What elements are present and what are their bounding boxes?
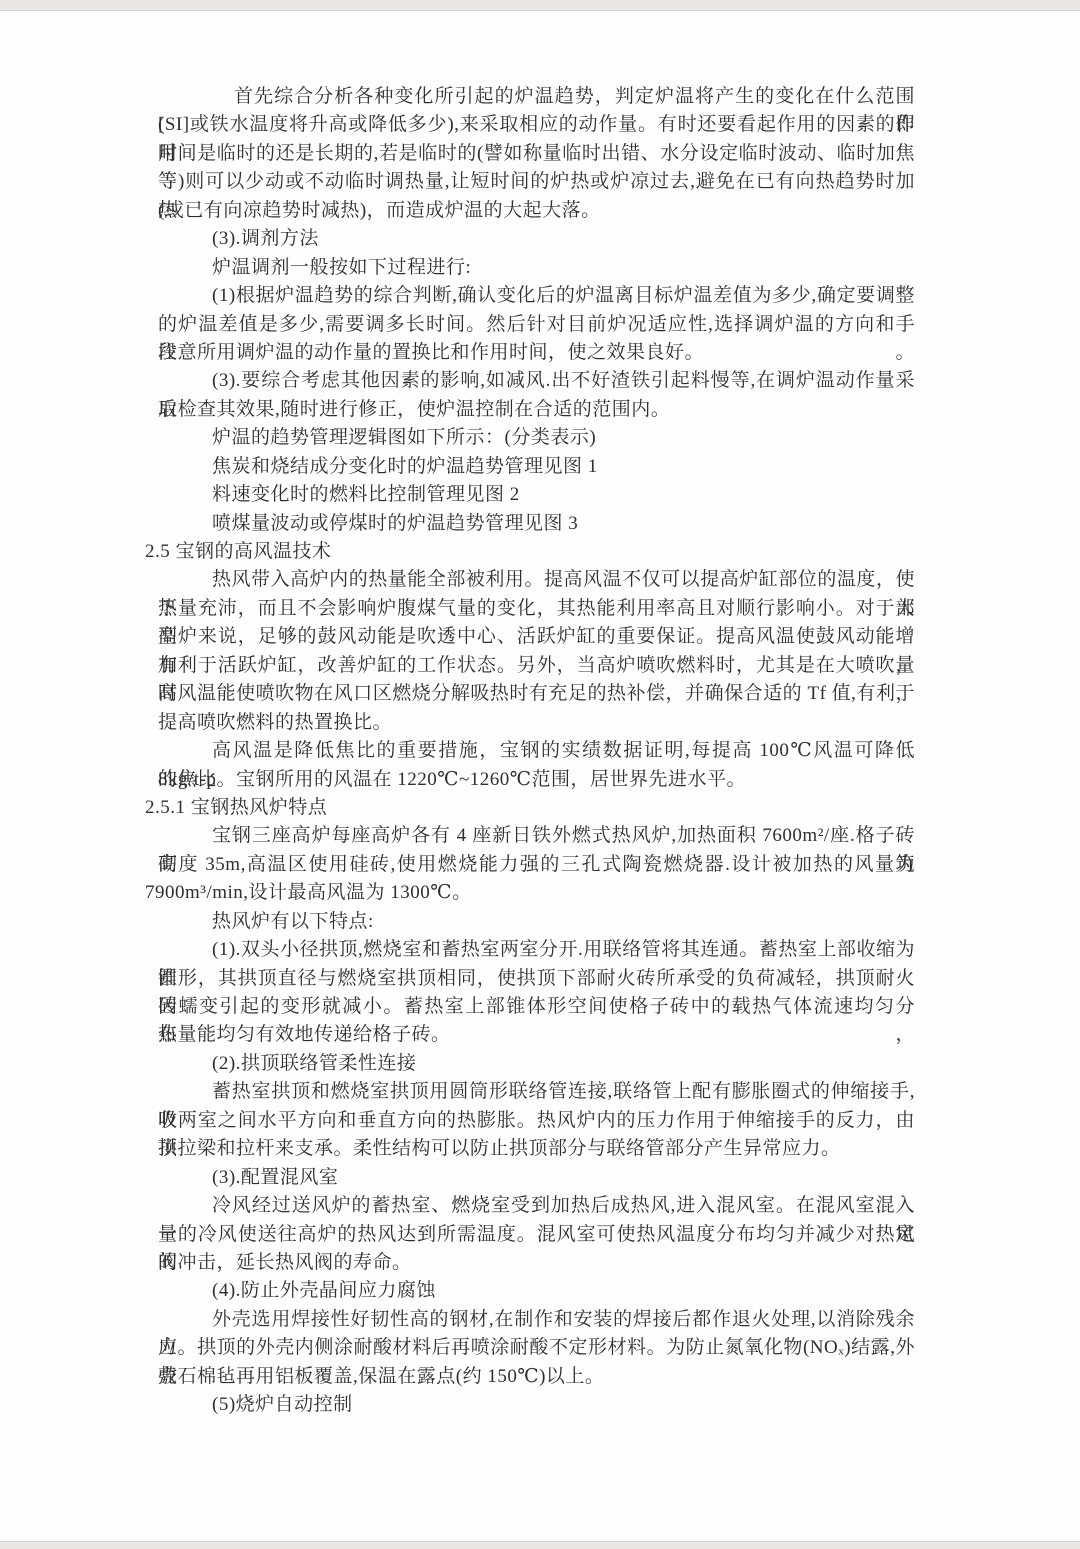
text-line: [SI]或铁水温度将升高或降低多少),来采取相应的动作量。有时还要看起作用的因素… xyxy=(158,111,915,139)
text-line: 敷石棉毡再用铝板覆盖,保温在露点(约 150℃)以上。 xyxy=(158,1363,915,1391)
top-border-strip xyxy=(0,0,1080,11)
text-line: 因蠕变引起的变形就减小。蓄热室上部锥体形空间使格子砖中的载热气体流速均匀分布， xyxy=(158,993,915,1021)
section-heading: 2.5 宝钢的高风温技术 xyxy=(158,538,915,566)
text-line: 高风温能使喷吹物在风口区燃烧分解吸热时有充足的热补偿，并确保合适的 Tf 值,有… xyxy=(158,680,915,708)
bottom-border-strip xyxy=(0,1541,1080,1549)
text-line: 量的冷风使送往高炉的热风达到所需温度。混风室可使热风温度分布均匀并减少对热风阀 xyxy=(158,1221,915,1249)
text-line: 的炉温差值是多少,需要调多长时间。然后针对目前炉况适应性,选择调炉温的方向和手段… xyxy=(158,311,915,339)
text-line: 炉温调剂一般按如下过程进行: xyxy=(158,254,915,282)
text-line: 热风带入高炉内的热量能全部被利用。提高风温不仅可以提高炉缸部位的温度，使下部 xyxy=(158,566,915,594)
section-heading: 2.5.1 宝钢热风炉特点 xyxy=(158,794,915,822)
text-line: (1).双头小径拱顶,燃烧室和蓄热室两室分开.用联络管将其连通。蓄热室上部收缩为… xyxy=(158,936,915,964)
text-line: 提高喷吹燃料的热置换比。 xyxy=(158,709,915,737)
text-line: 的焦比。宝钢所用的风温在 1220℃~1260℃范围，居世界先进水平。 xyxy=(158,766,915,794)
text-line: 高炉来说，足够的鼓风动能是吹透中心、活跃炉缸的重要保证。提高风温使鼓风动能增加， xyxy=(158,623,915,651)
text-line: 热风炉有以下特点: xyxy=(158,908,915,936)
text-line: 后检查其效果,随时进行修正，使炉温控制在合适的范围内。 xyxy=(158,396,915,424)
text-line: 7900m³/min,设计最高风温为 1300℃。 xyxy=(158,879,915,907)
document-page: 首先综合分析各种变化所引起的炉温趋势，判定炉温将产生的变化在什么范围(即 [SI… xyxy=(0,11,1080,1543)
text-line: 有利于活跃炉缸，改善炉缸的工作状态。另外，当高炉喷吹燃料时，尤其是在大喷吹量时， xyxy=(158,652,915,680)
text-line: 宝钢三座高炉每座高炉各有 4 座新日铁外燃式热风炉,加热面积 7600m²/座.… xyxy=(158,822,915,850)
text-line: 力。拱顶的外壳内侧涂耐酸材料后再喷涂耐酸不定形材料。为防止氮氧化物(NOₓ)结露… xyxy=(158,1334,915,1362)
list-item-heading: (5)烧炉自动控制 xyxy=(158,1391,915,1419)
text-line: (1)根据炉温趋势的综合判断,确认变化后的炉温离目标炉温差值为多少,确定要调整 xyxy=(158,282,915,310)
text-line: 首先综合分析各种变化所引起的炉温趋势，判定炉温将产生的变化在什么范围(即 xyxy=(158,83,915,111)
text-line: 蓄热室拱顶和燃烧室拱顶用圆筒形联络管连接,联络管上配有膨胀圈式的伸缩接手,吸 xyxy=(158,1078,915,1106)
text-line: 收两室之间水平方向和垂直方向的热膨胀。热风炉内的压力作用于伸缩接手的反力，由拱 xyxy=(158,1107,915,1135)
text-line: 外壳选用焊接性好韧性高的钢材,在制作和安装的焊接后都作退火处理,以消除残余应 xyxy=(158,1306,915,1334)
text-line: 等)则可以少动或不动临时调热量,让短时间的炉热或炉凉过去,避免在已有向热趋势时加… xyxy=(158,168,915,196)
list-item-heading: (3).配置混风室 xyxy=(158,1164,915,1192)
text-line: 顶拉梁和拉杆来支承。柔性结构可以防止拱顶部分与联络管部分产生异常应力。 xyxy=(158,1135,915,1163)
text-line: 冷风经过送风炉的蓄热室、燃烧室受到加热后成热风,进入混风室。在混风室混入一定 xyxy=(158,1192,915,1220)
figure-reference: 焦炭和烧结成分变化时的炉温趋势管理见图 1 xyxy=(158,453,915,481)
text-line: 炉温的趋势管理逻辑图如下所示：(分类表示) xyxy=(158,424,915,452)
text-line: 高风温是降低焦比的重要措施，宝钢的实绩数据证明,每提高 100℃风温可降低 8k… xyxy=(158,737,915,765)
list-item-heading: (4).防止外壳晶间应力腐蚀 xyxy=(158,1277,915,1305)
document-text-block: 首先综合分析各种变化所引起的炉温趋势，判定炉温将产生的变化在什么范围(即 [SI… xyxy=(158,83,915,1420)
text-line: 时间是临时的还是长期的,若是临时的(譬如称量临时出错、水分设定临时波动、临时加焦… xyxy=(158,140,915,168)
text-line: 锥形，其拱顶直径与燃烧室拱顶相同，使拱顶下部耐火砖所承受的负荷减轻，拱顶耐火砖 xyxy=(158,965,915,993)
text-line: 热量充沛，而且不会影响炉腹煤气量的变化，其热能利用率高且对顺行影响小。对于大型 xyxy=(158,595,915,623)
list-item-heading: (2).拱顶联络管柔性连接 xyxy=(158,1050,915,1078)
text-line: (3).要综合考虑其他因素的影响,如减风.出不好渣铁引起料慢等,在调炉温动作量采… xyxy=(158,367,915,395)
figure-reference: 喷煤量波动或停煤时的炉温趋势管理见图 3 xyxy=(158,510,915,538)
figure-reference: 料速变化时的燃料比控制管理见图 2 xyxy=(158,481,915,509)
list-item-heading: (3).调剂方法 xyxy=(158,225,915,253)
text-line: 高度 35m,高温区使用硅砖,使用燃烧能力强的三孔式陶瓷燃烧器.设计被加热的风量… xyxy=(158,851,915,879)
text-line: 的冲击，延长热风阀的寿命。 xyxy=(158,1249,915,1277)
text-line: (或已有向凉趋势时减热)，而造成炉温的大起大落。 xyxy=(158,197,915,225)
